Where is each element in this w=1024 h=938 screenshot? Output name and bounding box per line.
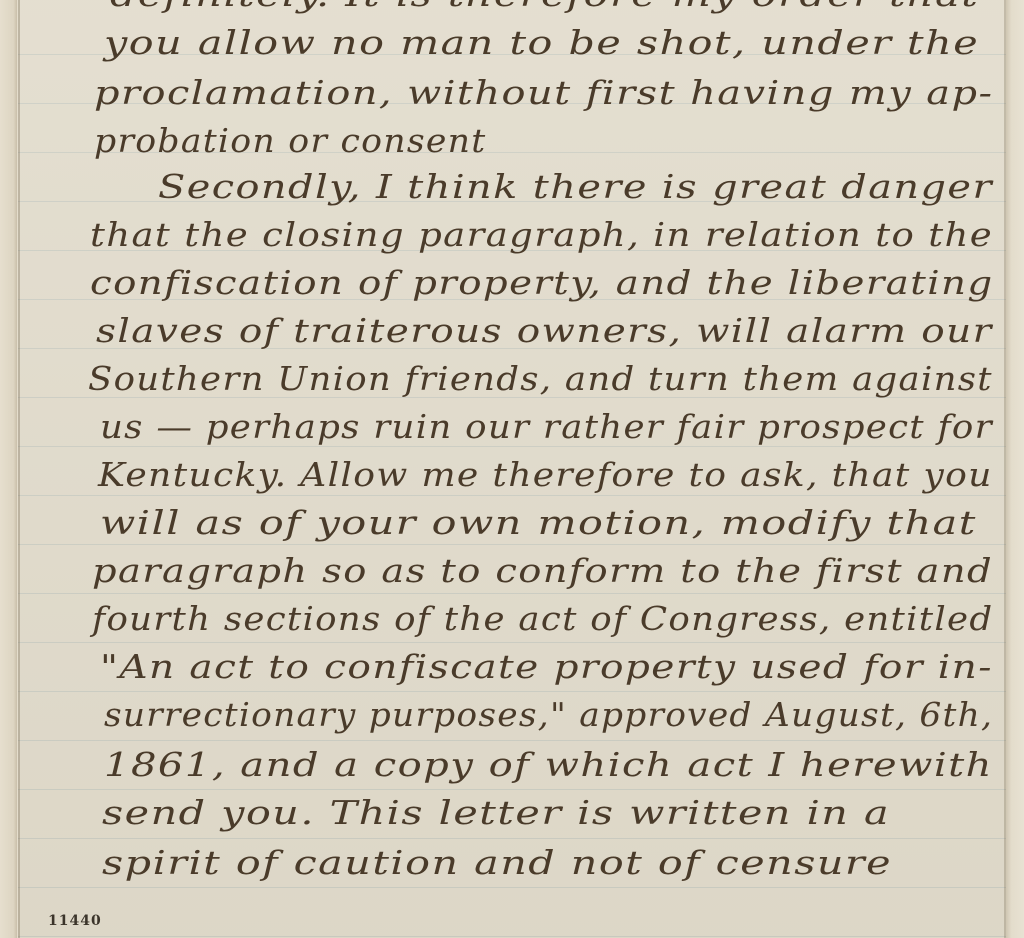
text-line-16: surrectionary purposes," approved August…	[104, 698, 993, 731]
text-line-15: "An act to confiscate property used for …	[100, 650, 993, 683]
text-line-10: us — perhaps ruin our rather fair prospe…	[100, 410, 993, 443]
text-line-6: that the closing paragraph, in relation …	[90, 218, 993, 251]
text-line-13: paragraph so as to conform to the first …	[92, 554, 993, 587]
document-viewer: definitely. It is therefore my order tha…	[0, 0, 1024, 938]
left-page-margin	[0, 0, 17, 938]
manuscript-page: definitely. It is therefore my order tha…	[18, 0, 1006, 938]
text-line-18: send you. This letter is written in a	[102, 796, 890, 829]
archive-stamp-number: 11440	[48, 913, 102, 929]
text-line-8: slaves of traiterous owners, will alarm …	[96, 314, 993, 347]
text-line-7: confiscation of property, and the libera…	[90, 266, 994, 299]
text-line-17: 1861, and a copy of which act I herewith	[104, 748, 993, 781]
text-line-2: you allow no man to be shot, under the	[104, 26, 979, 59]
text-line-3: proclamation, without first having my ap…	[94, 76, 993, 109]
text-line-5-paragraph-start: Secondly, I think there is great danger	[158, 170, 993, 203]
text-line-14: fourth sections of the act of Congress, …	[92, 602, 993, 635]
right-page-margin	[1006, 0, 1024, 938]
text-line-9: Southern Union friends, and turn them ag…	[88, 362, 993, 395]
text-line-12: will as of your own motion, modify that	[100, 506, 977, 539]
text-line-11: Kentucky. Allow me therefore to ask, tha…	[98, 458, 993, 491]
text-line-4: probation or consent	[94, 124, 486, 157]
text-line-19: spirit of caution and not of censure	[102, 846, 892, 879]
text-line-1: definitely. It is therefore my order tha…	[110, 0, 979, 11]
